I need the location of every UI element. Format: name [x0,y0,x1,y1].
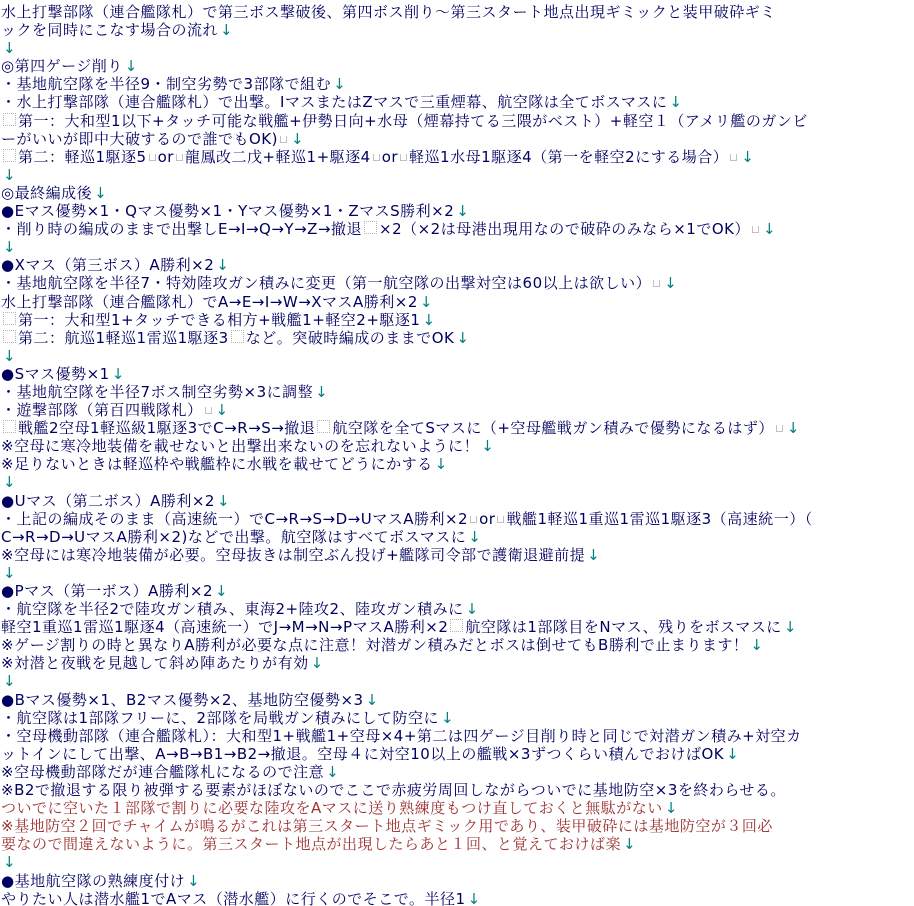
newline-marker: ↓ [454,329,469,347]
text-line: ・水上打撃部隊（連合艦隊札）で出撃。IマスまたはZマスで三重煙幕、航空隊は全てボ… [1,93,914,111]
newline-marker: ↓ [663,799,678,817]
newline-marker: ↓ [324,763,339,781]
text-run: ●Pマス（第一ボス）A勝利×2 [1,582,213,600]
highlighted-text-run: ついでに空いた１部隊で割りに必要な陸攻をAマスに送り熟練度もつけ直しておくと無駄… [1,799,663,817]
text-line: ●Xマス（第三ボス）A勝利×2↓ [1,256,914,274]
text-line: やりたい人は潜水艦1でAマス（潜水艦）に行くのでそこで。半径1↓ [1,890,914,906]
newline-marker: ↓ [214,401,229,419]
text-line: ●Eマス優勢×1・Qマス優勢×1・Yマス優勢×1・ZマスS勝利×2↓ [1,202,914,220]
text-line: ・空母機動部隊（連合艦隊札）：大和型1+戦艦1+空母×4+第二は四ゲージ目削り時… [1,727,914,745]
newline-marker: ↓ [466,528,481,546]
text-run: ●Eマス優勢×1・Qマス優勢×1・Yマス優勢×1・ZマスS勝利×2 [1,202,454,220]
text-editor-area[interactable]: 水上打撃部隊（連合艦隊札）で第三ボス撃破後、第四ボス削り～第三スタート地点出現ギ… [0,0,914,906]
text-run: ットインにして出撃、A→B→B1→B2→撤退。空母４に対空10以上の艦戦×3ずつ… [1,745,724,763]
halfwidth-space-marker [149,154,156,161]
text-line: ついでに空いた１部隊で割りに必要な陸攻をAマスに送り熟練度もつけ直しておくと無駄… [1,799,914,817]
fullwidth-space-marker [364,221,377,234]
newline-marker: ↓ [123,57,138,75]
fullwidth-space-marker [450,619,463,632]
text-run: ※空母に寒冷地装備を載せないと出撃出来ないのを忘れないように！ [1,437,479,455]
newline-marker: ↓ [364,691,379,709]
text-line: ●基地航空隊の熟練度付け↓ [1,872,914,890]
text-line: ◎最終編成後↓ [1,184,914,202]
text-run: 航空隊を全てSマスに（+空母艦戦ガン積みで優勢になるはず） [332,419,774,437]
text-line: 第一：大和型1以下+タッチ可能な戦艦+伊勢日向+水母（煙幕持てる三隈がベスト）+… [1,112,914,130]
halfwidth-space-marker [176,154,183,161]
text-run: 戦艦1軽巡1重巡1雷巡1駆逐3（高速統一）（ [506,510,812,528]
halfwidth-space-marker [400,154,407,161]
text-run: ※空母機動部隊だが連合艦隊札になるので注意 [1,763,324,781]
text-line: 水上打撃部隊（連合艦隊札）で第三ボス撃破後、第四ボス削り～第三スタート地点出現ギ… [1,3,914,21]
text-run: ・上記の編成そのまま（高速統一）でC→R→S→D→UマスA勝利×2 [1,510,468,528]
halfwidth-space-marker [497,516,504,523]
newline-marker: ↓ [466,890,481,906]
text-run: ●Sマス優勢×1 [1,365,110,383]
text-run: ●Bマス優勢×1、B2マス優勢×2、基地防空優勢×3 [1,691,364,709]
text-run: ●Uマス（第二ボス）A勝利×2 [1,492,215,510]
text-run: ・水上打撃部隊（連合艦隊札）で出撃。IマスまたはZマスで三重煙幕、航空隊は全てボ… [1,93,667,111]
text-line: 第二：航巡1軽巡1雷巡1駆逐3など。突破時編成のままでOK↓ [1,329,914,347]
text-run: やりたい人は潜水艦1でAマス（潜水艦）に行くのでそこで。半径1 [1,890,466,906]
halfwidth-space-marker [730,154,737,161]
newline-marker: ↓ [454,202,469,220]
newline-marker: ↓ [214,256,229,274]
text-run: ◎最終編成後 [1,184,92,202]
text-line: ↓ [1,166,914,184]
text-line: ・遊撃部隊（第百四戦隊札）↓ [1,401,914,419]
newline-marker: ↓ [185,872,200,890]
newline-marker: ↓ [1,39,16,57]
text-run: ※ゲージ割りの時と異なりA勝利が必要な点に注意！対潜ガン積みだとボスは倒せてもB… [1,636,748,654]
fullwidth-space-marker [231,330,244,343]
newline-marker: ↓ [667,93,682,111]
fullwidth-space-marker [3,420,16,433]
text-line: ・上記の編成そのまま（高速統一）でC→R→S→D→UマスA勝利×2or戦艦1軽巡… [1,510,914,528]
newline-marker: ↓ [213,582,228,600]
text-line: 戦艦2空母1軽巡級1駆逐3でC→R→S→撤退航空隊を全てSマスに（+空母艦戦ガン… [1,419,914,437]
text-line: ●Sマス優勢×1↓ [1,365,914,383]
text-line: 軽空1重巡1雷巡1駆逐4（高速統一）でJ→M→N→PマスA勝利×2航空隊は1部隊… [1,618,914,636]
text-line: 第一：大和型1+タッチできる相方+戦艦1+軽空2+駆逐1↓ [1,311,914,329]
text-line: ※空母には寒冷地装備が必要。空母抜きは制空ぶん投げ+艦隊司令部で護衛退避前提↓ [1,546,914,564]
newline-marker: ↓ [218,21,233,39]
text-run: ・空母機動部隊（連合艦隊札）：大和型1+戦艦1+空母×4+第二は四ゲージ目削り時… [1,727,802,745]
text-run: ※B2で撤退する限り被弾する要素がほぼないのでここで赤疲労周回しながらついでに基… [1,781,786,799]
text-line: ※空母機動部隊だが連合艦隊札になるので注意↓ [1,763,914,781]
newline-marker: ↓ [785,419,800,437]
newline-marker: ↓ [662,274,677,292]
text-run: ・基地航空隊を半径7ボス制空劣勢×3に調整 [1,383,313,401]
text-run: C→R→D→UマスA勝利×2)などで出撃。航空隊はすべてボスマスに [1,528,466,546]
text-line: ットインにして出撃、A→B→B1→B2→撤退。空母４に対空10以上の艦戦×3ずつ… [1,745,914,763]
text-run: 龍鳳改二戊+軽巡1+駆逐4 [185,148,371,166]
newline-marker: ↓ [621,835,636,853]
text-run: ・遊撃部隊（第百四戦隊札） [1,401,203,419]
halfwidth-space-marker [280,136,287,143]
text-line: 第二：軽巡1駆逐5or龍鳳改二戊+軽巡1+駆逐4or軽巡1水母1駆逐4（第一を軽… [1,148,914,166]
text-run: ※対潜と夜戦を見越して斜め陣あたりが有効 [1,654,309,672]
text-line: ◎第四ゲージ削り↓ [1,57,914,75]
text-line: C→R→D→UマスA勝利×2)などで出撃。航空隊はすべてボスマスに↓ [1,528,914,546]
newline-marker: ↓ [464,600,479,618]
newline-marker: ↓ [433,455,448,473]
text-run: or [382,148,398,166]
text-line: ・航空隊を半径2で陸攻ガン積み、東海2+陸攻2、陸攻ガン積みに↓ [1,600,914,618]
newline-marker: ↓ [1,166,16,184]
newline-marker: ↓ [585,546,600,564]
text-line: ・航空隊は1部隊フリーに、2部隊を局戦ガン積みにして防空に↓ [1,709,914,727]
text-line: ※対潜と夜戦を見越して斜め陣あたりが有効↓ [1,654,914,672]
text-run: ※足りないときは軽巡枠や戦艦枠に水戦を載せてどうにかする [1,455,433,473]
newline-marker: ↓ [1,672,16,690]
text-run: など。突破時編成のままでOK [246,329,455,347]
text-run: ●基地航空隊の熟練度付け [1,872,185,890]
text-line: ↓ [1,564,914,582]
text-run: ・基地航空隊を半径7・特効陸攻ガン積みに変更（第一航空隊の出撃対空は60以上は欲… [1,274,651,292]
text-run: 水上打撃部隊（連合艦隊札）でA→E→I→W→XマスA勝利×2 [1,293,418,311]
newline-marker: ↓ [439,709,454,727]
text-run: ・航空隊を半径2で陸攻ガン積み、東海2+陸攻2、陸攻ガン積みに [1,600,464,618]
text-run: or [479,510,495,528]
newline-marker: ↓ [92,184,107,202]
text-run: 軽巡1水母1駆逐4（第一を軽空2にする場合） [409,148,728,166]
halfwidth-space-marker [205,407,212,414]
highlighted-text-run: 要なので間違えないように。第三スタート地点が出現したらあと１回、と覚えておけば楽 [1,835,621,853]
halfwidth-space-marker [776,425,783,432]
text-line: ※空母に寒冷地装備を載せないと出撃出来ないのを忘れないように！↓ [1,437,914,455]
newline-marker: ↓ [420,311,435,329]
fullwidth-space-marker [317,420,330,433]
text-run: 第二：航巡1軽巡1雷巡1駆逐3 [18,329,229,347]
newline-marker: ↓ [1,238,16,256]
newline-marker: ↓ [1,853,16,871]
text-run: ×2（×2は母港出現用なので破砕のみなら×1でOK） [379,220,750,238]
newline-marker: ↓ [418,293,433,311]
text-line: ※ゲージ割りの時と異なりA勝利が必要な点に注意！対潜ガン積みだとボスは倒せてもB… [1,636,914,654]
highlighted-text-run: ※基地防空２回でチャイムが鳴るがこれは第三スタート地点ギミック用であり、装甲破砕… [1,817,773,835]
text-run: ・基地航空隊を半径9・制空劣勢で3部隊で組む [1,75,331,93]
halfwidth-space-marker [653,280,660,287]
text-line: ・基地航空隊を半径9・制空劣勢で3部隊で組む↓ [1,75,914,93]
newline-marker: ↓ [331,75,346,93]
text-line: 要なので間違えないように。第三スタート地点が出現したらあと１回、と覚えておけば楽… [1,835,914,853]
text-run: ※空母には寒冷地装備が必要。空母抜きは制空ぶん投げ+艦隊司令部で護衛退避前提 [1,546,585,564]
fullwidth-space-marker [3,113,16,126]
text-run: ーがいいが即中大破するので誰でもOK) [1,130,278,148]
text-run: 第一：大和型1+タッチできる相方+戦艦1+軽空2+駆逐1 [18,311,420,329]
newline-marker: ↓ [761,220,776,238]
text-line: ↓ [1,853,914,871]
newline-marker: ↓ [1,347,16,365]
halfwidth-space-marker [752,226,759,233]
text-line: 水上打撃部隊（連合艦隊札）でA→E→I→W→XマスA勝利×2↓ [1,293,914,311]
text-line: ↓ [1,238,914,256]
text-run: 航空隊は1部隊目をNマス、残りをボスマスに [465,618,781,636]
text-line: ーがいいが即中大破するので誰でもOK)↓ [1,130,914,148]
fullwidth-space-marker [3,312,16,325]
newline-marker: ↓ [110,365,125,383]
text-line: ックを同時にこなす場合の流れ↓ [1,21,914,39]
text-run: ックを同時にこなす場合の流れ [1,21,218,39]
text-line: ・削り時の編成のままで出撃しE→I→Q→Y→Z→撤退×2（×2は母港出現用なので… [1,220,914,238]
newline-marker: ↓ [1,564,16,582]
newline-marker: ↓ [309,654,324,672]
text-line: ●Pマス（第一ボス）A勝利×2↓ [1,582,914,600]
text-run: 戦艦2空母1軽巡級1駆逐3でC→R→S→撤退 [18,419,315,437]
halfwidth-space-marker [373,154,380,161]
text-run: 第二：軽巡1駆逐5 [18,148,147,166]
newline-marker: ↓ [1,473,16,491]
text-line: ・基地航空隊を半径7ボス制空劣勢×3に調整↓ [1,383,914,401]
newline-marker: ↓ [215,492,230,510]
text-line: ↓ [1,473,914,491]
text-line: ●Uマス（第二ボス）A勝利×2↓ [1,492,914,510]
text-run: 水上打撃部隊（連合艦隊札）で第三ボス撃破後、第四ボス削り～第三スタート地点出現ギ… [1,3,776,21]
text-run: ◎第四ゲージ削り [1,57,123,75]
text-line: ●Bマス優勢×1、B2マス優勢×2、基地防空優勢×3↓ [1,691,914,709]
text-line: ※基地防空２回でチャイムが鳴るがこれは第三スタート地点ギミック用であり、装甲破砕… [1,817,914,835]
text-run: or [158,148,174,166]
text-line: ↓ [1,347,914,365]
text-line: ※足りないときは軽巡枠や戦艦枠に水戦を載せてどうにかする↓ [1,455,914,473]
text-run: ・削り時の編成のままで出撃しE→I→Q→Y→Z→撤退 [1,220,362,238]
halfwidth-space-marker [470,516,477,523]
newline-marker: ↓ [313,383,328,401]
text-line: ※B2で撤退する限り被弾する要素がほぼないのでここで赤疲労周回しながらついでに基… [1,781,914,799]
text-run: 第一：大和型1以下+タッチ可能な戦艦+伊勢日向+水母（煙幕持てる三隈がベスト）+… [18,112,808,130]
newline-marker: ↓ [479,437,494,455]
text-run: ・航空隊は1部隊フリーに、2部隊を局戦ガン積みにして防空に [1,709,439,727]
text-line: ・基地航空隊を半径7・特効陸攻ガン積みに変更（第一航空隊の出撃対空は60以上は欲… [1,274,914,292]
fullwidth-space-marker [3,149,16,162]
newline-marker: ↓ [782,618,797,636]
newline-marker: ↓ [748,636,763,654]
text-line: ↓ [1,39,914,57]
newline-marker: ↓ [739,148,754,166]
newline-marker: ↓ [289,130,304,148]
fullwidth-space-marker [3,330,16,343]
newline-marker: ↓ [724,745,739,763]
text-line: ↓ [1,672,914,690]
text-run: ●Xマス（第三ボス）A勝利×2 [1,256,214,274]
text-run: 軽空1重巡1雷巡1駆逐4（高速統一）でJ→M→N→PマスA勝利×2 [1,618,448,636]
